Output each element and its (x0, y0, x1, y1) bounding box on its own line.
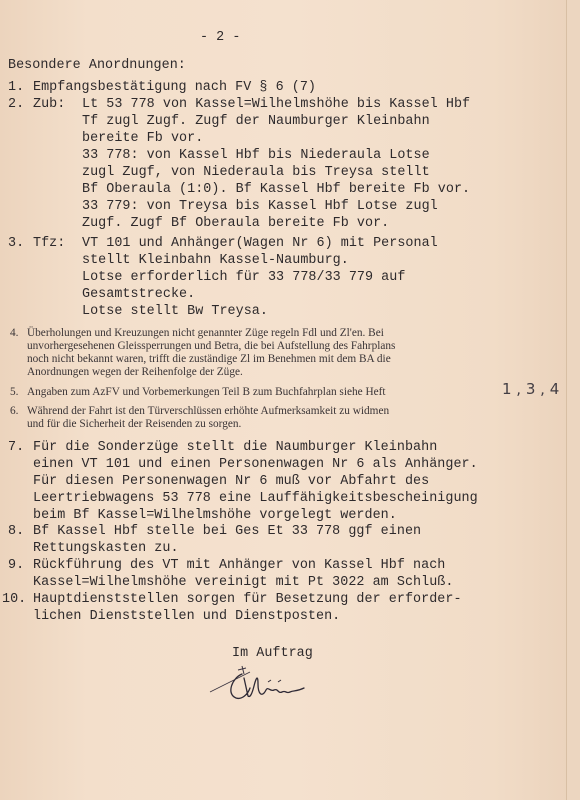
item-line: bereite Fb vor. (82, 131, 203, 148)
item-line: Rückführung des VT mit Anhänger von Kass… (33, 558, 445, 575)
handwritten-volumes: 1 , 3 , 4 (502, 383, 559, 396)
item-line: Lotse erforderlich für 33 778/33 779 auf (82, 270, 405, 287)
item-line: Kassel=Wilhelmshöhe vereinigt mit Pt 302… (33, 575, 453, 592)
item-number: 10. (2, 592, 26, 609)
item-number: 8. (8, 524, 24, 541)
item-line: beim Bf Kassel=Wilhelmshöhe vorgelegt we… (33, 508, 397, 525)
item-number: 7. (8, 440, 24, 457)
item-number: 1. (8, 80, 24, 97)
item-line: Bf Kassel Hbf stelle bei Ges Et 33 778 g… (33, 524, 421, 541)
item-line: Für diesen Personenwagen Nr 6 muß vor Ab… (33, 474, 429, 491)
item-line: Für die Sonderzüge stellt die Naumburger… (33, 440, 437, 457)
item-line: Lotse stellt Bw Treysa. (82, 304, 268, 321)
page-edge-strip (567, 0, 580, 800)
item-line: und für die Sicherheit der Reisenden zu … (27, 418, 241, 431)
item-line: noch nicht bekannt waren, trifft die zus… (27, 353, 391, 366)
item-line: Bf Oberaula (1:0). Bf Kassel Hbf bereite… (82, 182, 470, 199)
item-number: 4. (10, 327, 18, 340)
item-line: Rettungskasten zu. (33, 541, 179, 558)
item-line: Leertriebwagens 53 778 eine Lauffähigkei… (33, 491, 478, 508)
section-heading: Besondere Anordnungen: (8, 58, 186, 75)
item-line: Lt 53 778 von Kassel=Wilhelmshöhe bis Ka… (82, 97, 470, 114)
item-number: 2. (8, 97, 24, 114)
item-label: Tfz: (33, 236, 65, 253)
item-line: Hauptdienststellen sorgen für Besetzung … (33, 592, 462, 609)
item-line: 33 778: von Kassel Hbf bis Niederaula Lo… (82, 148, 430, 165)
item-line: Zugf. Zugf Bf Oberaula bereite Fb vor. (82, 216, 389, 233)
closing-text: Im Auftrag (232, 646, 313, 663)
item-line: Tf zugl Zugf. Zugf der Naumburger Kleinb… (82, 114, 430, 131)
item-line: Anordnungen wegen der Reihenfolge der Zü… (27, 366, 243, 379)
item-line: 33 779: von Treysa bis Kassel Hbf Lotse … (82, 199, 438, 216)
item-number: 9. (8, 558, 24, 575)
item-line: lichen Dienststellen und Dienstposten. (33, 609, 340, 626)
item-line: stellt Kleinbahn Kassel-Naumburg. (82, 253, 349, 270)
item-line: Überholungen und Kreuzungen nicht genann… (27, 327, 384, 340)
item-line: VT 101 und Anhänger(Wagen Nr 6) mit Pers… (82, 236, 438, 253)
item-line: unvorhergesehenen Gleissperrungen und Be… (27, 340, 395, 353)
item-line: zugl Zugf, von Niederaula bis Treysa ste… (82, 165, 430, 182)
item-number: 5. (10, 386, 18, 399)
item-label: Zub: (33, 97, 65, 114)
item-number: 3. (8, 236, 24, 253)
item-line: Während der Fahrt ist den Türverschlüsse… (27, 405, 389, 418)
page-number: - 2 - (200, 30, 240, 47)
item-number: 6. (10, 405, 18, 418)
signature-icon (208, 664, 328, 713)
item-line: einen VT 101 und einen Personenwagen Nr … (33, 457, 478, 474)
item-line: Gesamtstrecke. (82, 287, 195, 304)
item-line: Empfangsbestätigung nach FV § 6 (7) (33, 80, 316, 97)
item-line: Angaben zum AzFV und Vorbemerkungen Teil… (27, 386, 386, 399)
